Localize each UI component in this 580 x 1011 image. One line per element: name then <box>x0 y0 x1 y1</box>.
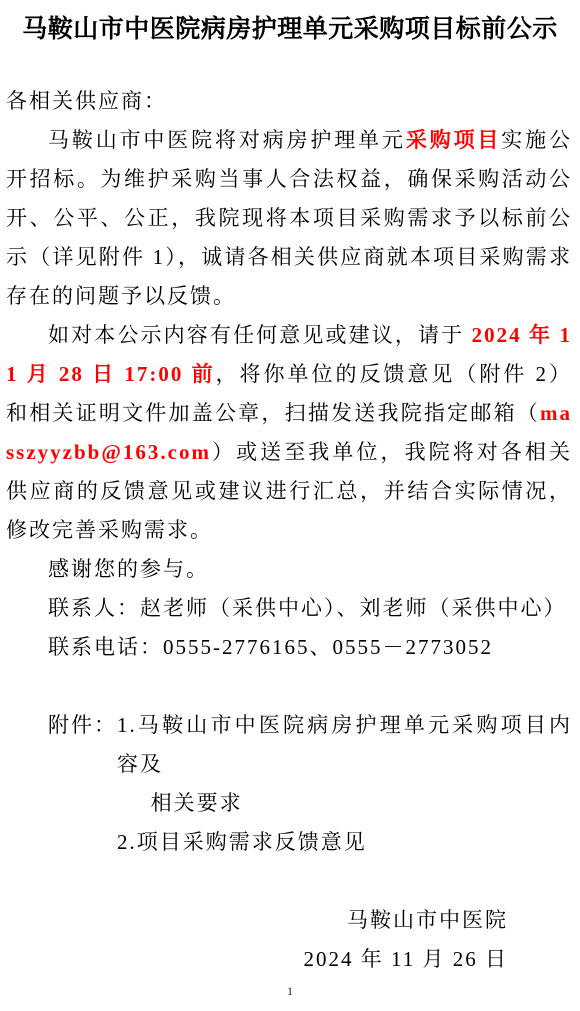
salutation-line: 各相关供应商： <box>6 82 572 121</box>
paragraph-announcement: 马鞍山市中医院将对病房护理单元采购项目实施公开招标。为维护采购当事人合法权益，确… <box>6 121 572 316</box>
paragraph-announcement-text-1: 马鞍山市中医院将对病房护理单元 <box>48 128 406 152</box>
attachment-item-1-line-2: 相关要求 <box>117 784 572 823</box>
paragraph-announcement-text-2: 实施公开招标。为维护采购当事人合法权益，确保采购活动公开、公平、公正，我院现将本… <box>6 128 572 308</box>
page-number: 1 <box>0 984 580 999</box>
contact-phone-line: 联系电话：0555-2776165、0555－2773052 <box>6 628 572 667</box>
attachments-block: 附件： 1.马鞍山市中医院病房护理单元采购项目内容及 相关要求 2.项目采购需求… <box>6 706 572 862</box>
attachment-item-2: 2.项目采购需求反馈意见 <box>117 823 572 862</box>
highlight-procurement-project: 采购项目 <box>406 128 501 152</box>
thanks-line: 感谢您的参与。 <box>6 550 572 589</box>
document-page: 马鞍山市中医院病房护理单元采购项目标前公示 各相关供应商： 马鞍山市中医院将对病… <box>0 0 580 1011</box>
document-body: 各相关供应商： 马鞍山市中医院将对病房护理单元采购项目实施公开招标。为维护采购当… <box>6 82 572 979</box>
signature-date: 2024 年 11 月 26 日 <box>6 940 508 979</box>
paragraph-feedback-text-1: 如对本公示内容有任何意见或建议，请于 <box>48 323 472 347</box>
attachments-row: 附件： 1.马鞍山市中医院病房护理单元采购项目内容及 相关要求 2.项目采购需求… <box>48 706 572 862</box>
signature-organization: 马鞍山市中医院 <box>6 901 508 940</box>
document-title: 马鞍山市中医院病房护理单元采购项目标前公示 <box>0 0 580 46</box>
attachments-list: 1.马鞍山市中医院病房护理单元采购项目内容及 相关要求 2.项目采购需求反馈意见 <box>117 706 572 862</box>
paragraph-feedback-instructions: 如对本公示内容有任何意见或建议，请于 2024 年 11 月 28 日 17:0… <box>6 316 572 550</box>
signature-block: 马鞍山市中医院 2024 年 11 月 26 日 <box>6 901 572 979</box>
contact-person-line: 联系人：赵老师（采供中心）、刘老师（采供中心） <box>6 589 572 628</box>
attachments-label: 附件： <box>48 706 117 745</box>
attachment-item-1-line-1: 1.马鞍山市中医院病房护理单元采购项目内容及 <box>117 706 572 784</box>
